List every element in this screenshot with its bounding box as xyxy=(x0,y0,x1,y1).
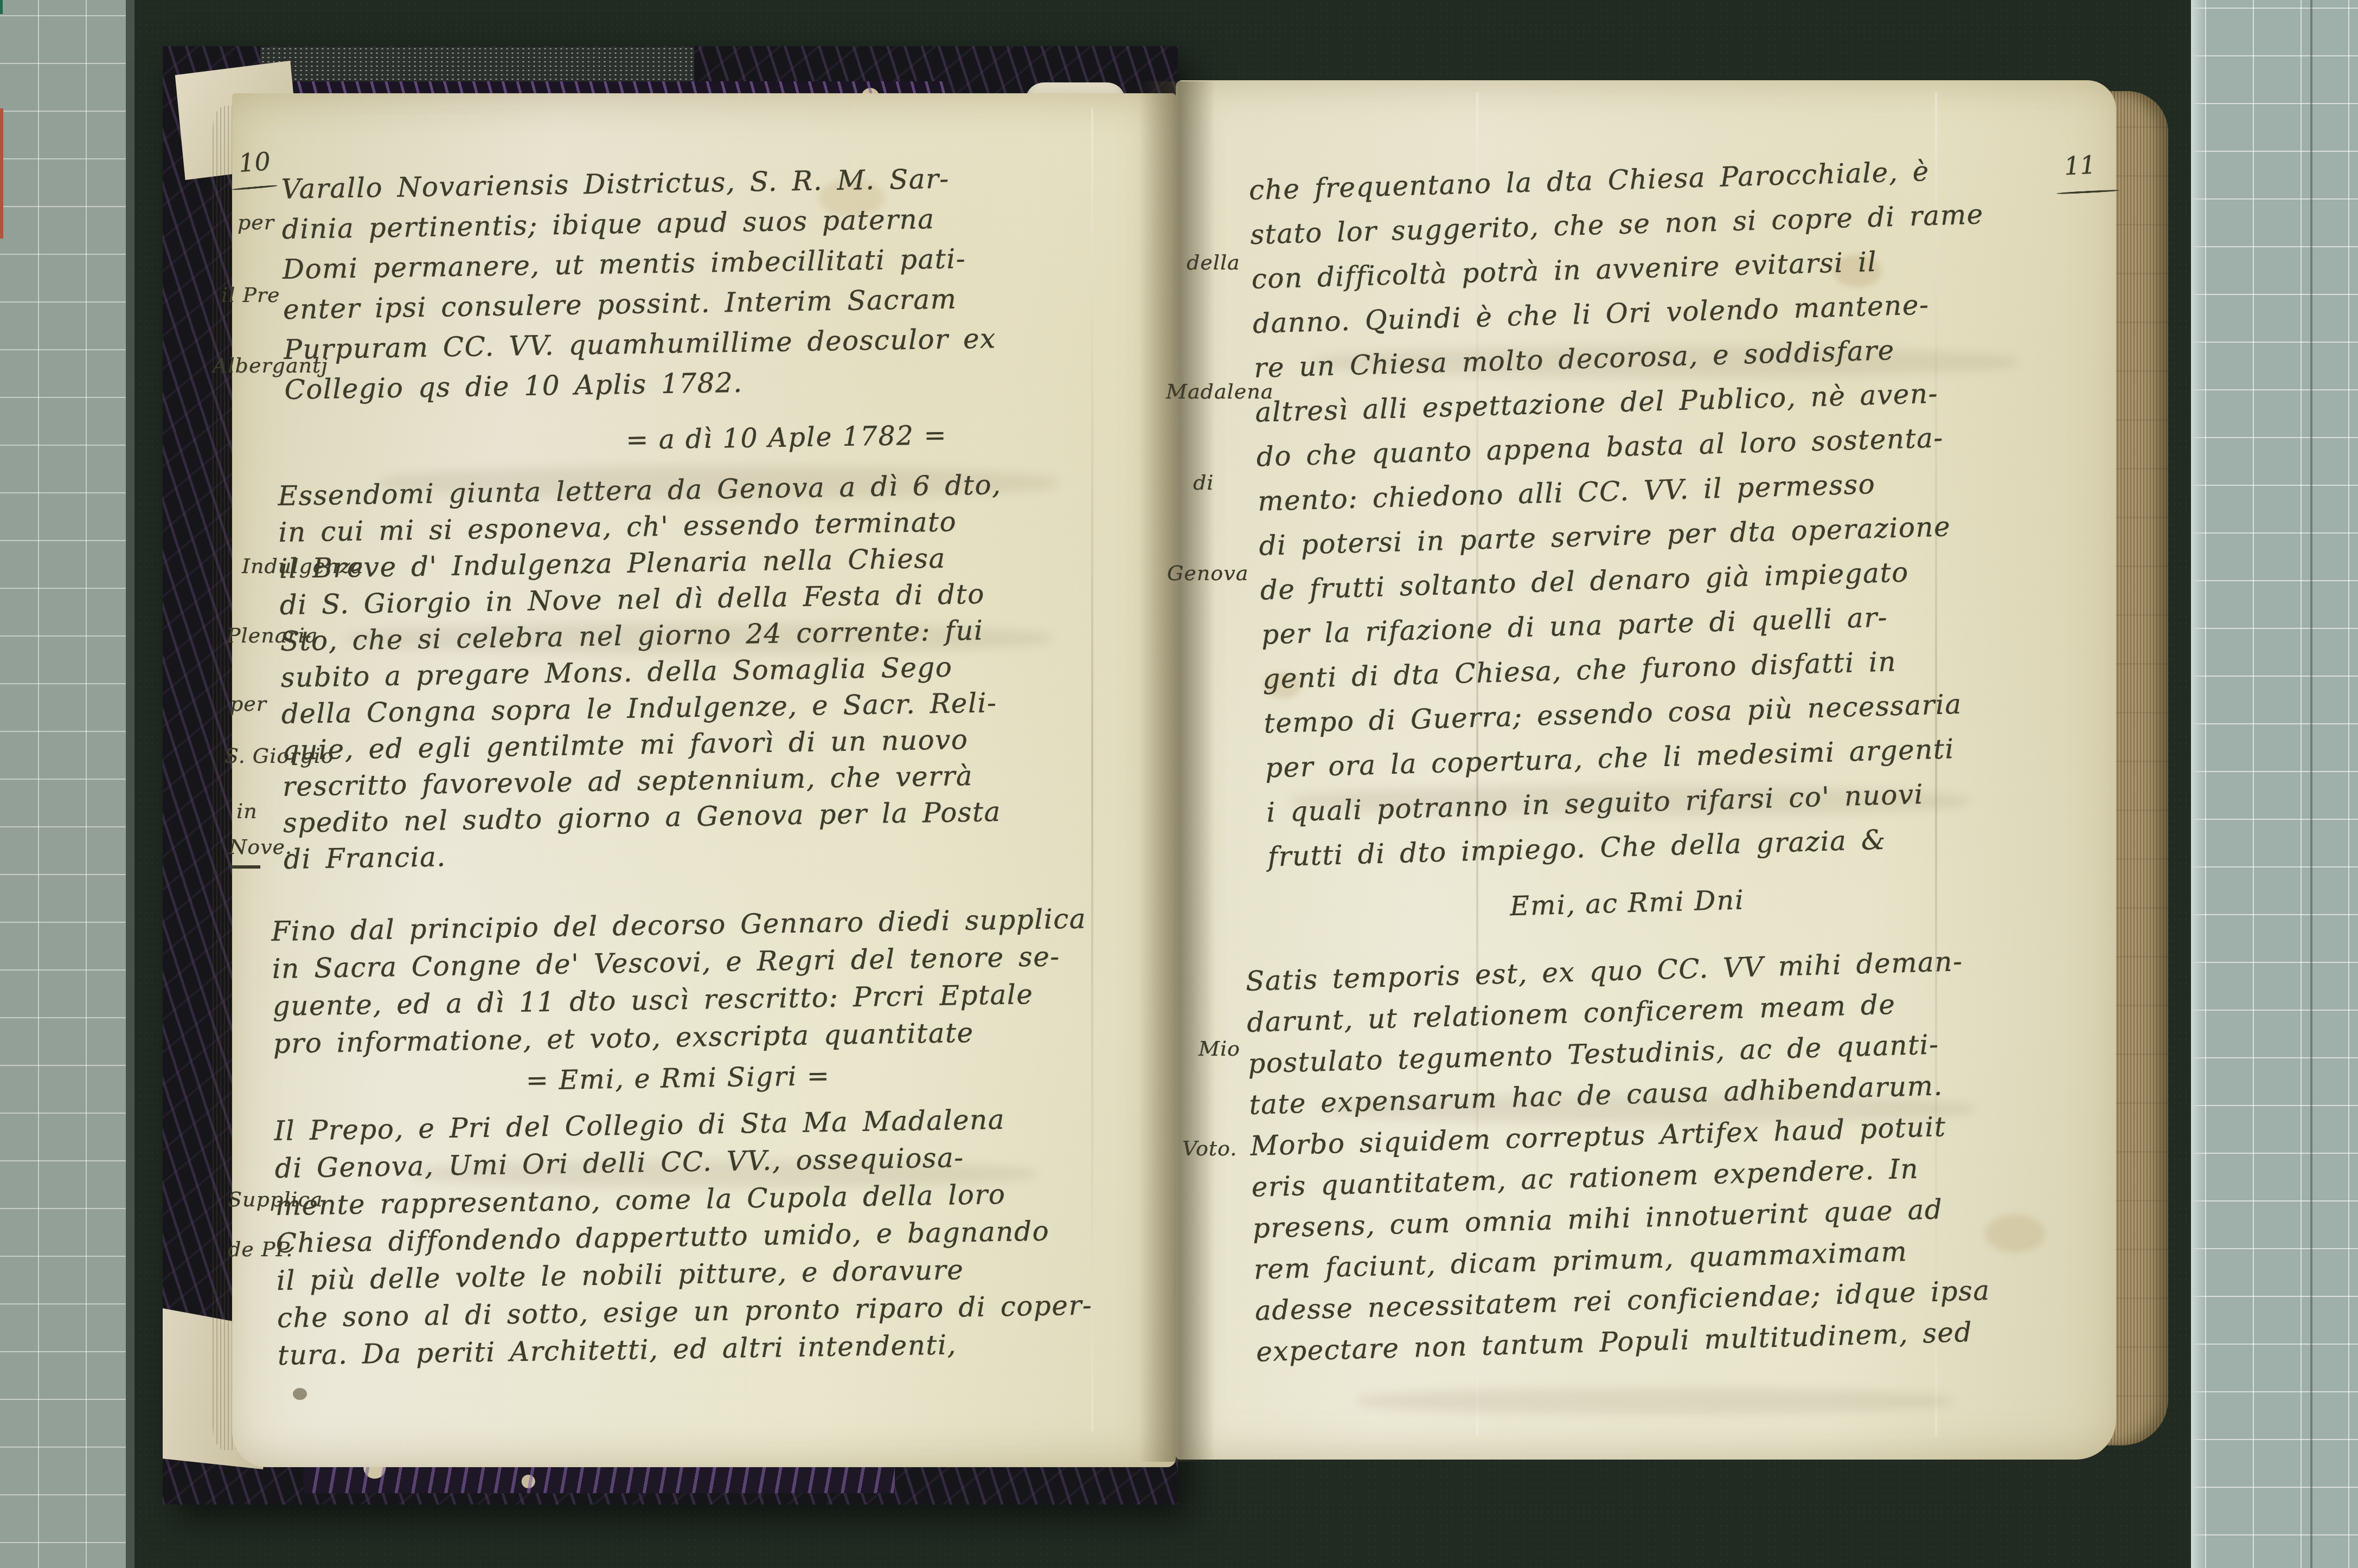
calibration-grid-left xyxy=(0,0,126,1568)
handwritten-paragraph: Fino dal principio del decorso Gennaro d… xyxy=(271,900,1088,1063)
page-number-left: 10 xyxy=(238,146,271,178)
page-crease xyxy=(1091,108,1093,1431)
handwritten-paragraph: Satis temporis est, ex quo CC. VV mihi d… xyxy=(1245,940,1992,1373)
margin-note: il Pre xyxy=(221,283,280,307)
margin-note: Mio xyxy=(1199,1037,1240,1061)
manuscript-scan: 10 per il Pre Albergantj Indulgenza Plen… xyxy=(0,0,2358,1568)
margin-note: in xyxy=(236,799,258,823)
handwritten-paragraph: che frequentano la dta Chiesa Parocchial… xyxy=(1248,147,2002,879)
margin-note: per xyxy=(238,210,274,234)
gutter-shadow xyxy=(1139,81,1215,1462)
handwritten-paragraph: Il Prepo, e Pri del Collegio di Sta Ma M… xyxy=(274,1100,1093,1374)
margin-note: di xyxy=(1193,471,1214,494)
left-edge-teal-sliver xyxy=(0,0,3,14)
page-number-right: 11 xyxy=(2064,150,2097,181)
margin-note: per xyxy=(230,692,267,716)
handwritten-paragraph: Essendomi giunta lettera da Genova a dì … xyxy=(278,467,1007,878)
margin-note: Genova xyxy=(1167,561,1248,585)
margin-note: della xyxy=(1187,250,1240,274)
calibration-grid-right xyxy=(2191,0,2358,1568)
handwritten-paragraph: Varallo Novariensis Districtus, S. R. M.… xyxy=(281,158,997,410)
left-edge-color-sliver xyxy=(0,108,3,239)
margin-note: Voto. xyxy=(1182,1136,1237,1160)
margin-note-underline xyxy=(232,865,260,869)
